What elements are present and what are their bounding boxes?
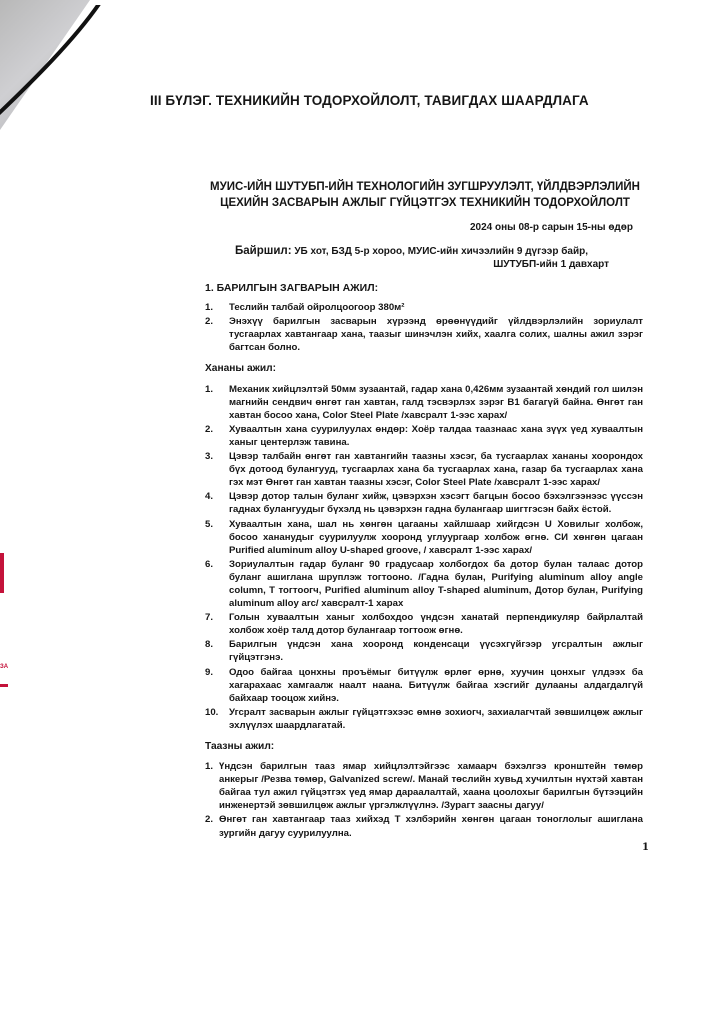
- list-item-number: 6.: [205, 558, 229, 610]
- chapter-title: III БҮЛЭГ. ТЕХНИКИЙН ТОДОРХОЙЛОЛТ, ТАВИГ…: [150, 93, 589, 108]
- page-curl: [0, 0, 90, 130]
- list-item: 2.Энэхүү барилгын засварын хүрээнд өрөөн…: [205, 315, 643, 354]
- list-item-number: 3.: [205, 450, 229, 489]
- list-item-number: 9.: [205, 666, 229, 705]
- list-item-number: 2.: [205, 315, 229, 354]
- ceiling-list: 1.Үндсэн барилгын тааз ямар хийцлэлтэйгэ…: [205, 760, 643, 840]
- margin-stamp-mark: [0, 684, 8, 687]
- list-item-text: Голын хуваалтын ханыг холбохдоо үндсэн х…: [229, 611, 643, 637]
- list-item-text: Өнгөт ган хавтангаар тааз хийхэд Т хэлбэ…: [219, 813, 643, 839]
- list-item: 2.Өнгөт ган хавтангаар тааз хийхэд Т хэл…: [205, 813, 643, 839]
- list-item-text: Хуваалтын хана суурилуулах өндөр: Хоёр т…: [229, 423, 643, 449]
- list-item: 3.Цэвэр талбайн өнгөт ган хавтангийн таа…: [205, 450, 643, 489]
- list-item: 8.Барилгын үндсэн хана хооронд конденсац…: [205, 638, 643, 664]
- list-item-text: Теслийн талбай ойролцоогоор 380м²: [229, 301, 643, 314]
- list-item-text: Одоо байгаа цонхны проъёмыг битүүлж өрлө…: [229, 666, 643, 705]
- location-label: Байршил:: [235, 245, 292, 257]
- location: Байршил: УБ хот, БЗД 5-р хороо, МУИС-ийн…: [235, 245, 615, 271]
- list-item-text: Энэхүү барилгын засварын хүрээнд өрөөнүү…: [229, 315, 643, 354]
- list-item-text: Цэвэр дотор талын буланг хийж, цэвэрхэн …: [229, 490, 643, 516]
- list-item-number: 10.: [205, 706, 229, 732]
- document-body: 1. БАРИЛГЫН ЗАГВАРЫН АЖИЛ: 1.Теслийн тал…: [205, 282, 643, 841]
- list-item: 2.Хуваалтын хана суурилуулах өндөр: Хоёр…: [205, 423, 643, 449]
- list-item: 1.Механик хийцлэлтэй 50мм зузаантай, гад…: [205, 383, 643, 422]
- section1-list: 1.Теслийн талбай ойролцоогоор 380м²2.Энэ…: [205, 301, 643, 354]
- list-item: 5.Хуваалтын хана, шал нь хөнгөн цагааны …: [205, 518, 643, 557]
- scan-edge: [92, 0, 124, 5]
- list-item-number: 7.: [205, 611, 229, 637]
- list-item-text: Үндсэн барилгын тааз ямар хийцлэлтэйгээс…: [219, 760, 643, 812]
- location-line1: УБ хот, БЗД 5-р хороо, МУИС-ийн хичээлий…: [294, 246, 588, 257]
- list-item-text: Цэвэр талбайн өнгөт ган хавтангийн таазн…: [229, 450, 643, 489]
- walls-heading: Хананы ажил:: [205, 362, 643, 375]
- list-item: 1.Теслийн талбай ойролцоогоор 380м²: [205, 301, 643, 314]
- list-item: 10.Угсралт засварын ажлыг гүйцэтгэхээс ө…: [205, 706, 643, 732]
- margin-stamp-text: ЗА: [0, 664, 8, 670]
- list-item: 7.Голын хуваалтын ханыг холбохдоо үндсэн…: [205, 611, 643, 637]
- document-date: 2024 оны 08-р сарын 15-ны өдөр: [470, 222, 633, 233]
- list-item: 9.Одоо байгаа цонхны проъёмыг битүүлж өр…: [205, 666, 643, 705]
- list-item-number: 2.: [205, 423, 229, 449]
- list-item-number: 5.: [205, 518, 229, 557]
- section-heading: 1. БАРИЛГЫН ЗАГВАРЫН АЖИЛ:: [205, 282, 643, 295]
- page-number: 1: [642, 842, 649, 853]
- list-item: 1.Үндсэн барилгын тааз ямар хийцлэлтэйгэ…: [205, 760, 643, 812]
- location-line2: ШУТУБП-ийн 1 давхарт: [235, 258, 615, 271]
- list-item-number: 8.: [205, 638, 229, 664]
- list-item-number: 1.: [205, 383, 229, 422]
- ceiling-heading: Таазны ажил:: [205, 740, 643, 753]
- margin-stamp-mark: [0, 553, 4, 593]
- list-item-text: Зориулалтын гадар буланг 90 градусаар хо…: [229, 558, 643, 610]
- walls-list: 1.Механик хийцлэлтэй 50мм зузаантай, гад…: [205, 383, 643, 732]
- list-item-text: Угсралт засварын ажлыг гүйцэтгэхээс өмнө…: [229, 706, 643, 732]
- list-item-text: Хуваалтын хана, шал нь хөнгөн цагааны ха…: [229, 518, 643, 557]
- list-item-number: 1.: [205, 760, 219, 812]
- list-item-number: 2.: [205, 813, 219, 839]
- document-title-line1: МУИС-ИЙН ШУТУБП-ИЙН ТЕХНОЛОГИЙН ЗУГШРУУЛ…: [205, 179, 645, 195]
- list-item-number: 1.: [205, 301, 229, 314]
- list-item-text: Механик хийцлэлтэй 50мм зузаантай, гадар…: [229, 383, 643, 422]
- list-item: 6.Зориулалтын гадар буланг 90 градусаар …: [205, 558, 643, 610]
- list-item: 4.Цэвэр дотор талын буланг хийж, цэвэрхэ…: [205, 490, 643, 516]
- list-item-number: 4.: [205, 490, 229, 516]
- list-item-text: Барилгын үндсэн хана хооронд конденсаци …: [229, 638, 643, 664]
- document-title-line2: ЦЕХИЙН ЗАСВАРЫН АЖЛЫГ ГҮЙЦЭТГЭХ ТЕХНИКИЙ…: [205, 195, 645, 211]
- document-title: МУИС-ИЙН ШУТУБП-ИЙН ТЕХНОЛОГИЙН ЗУГШРУУЛ…: [205, 179, 645, 211]
